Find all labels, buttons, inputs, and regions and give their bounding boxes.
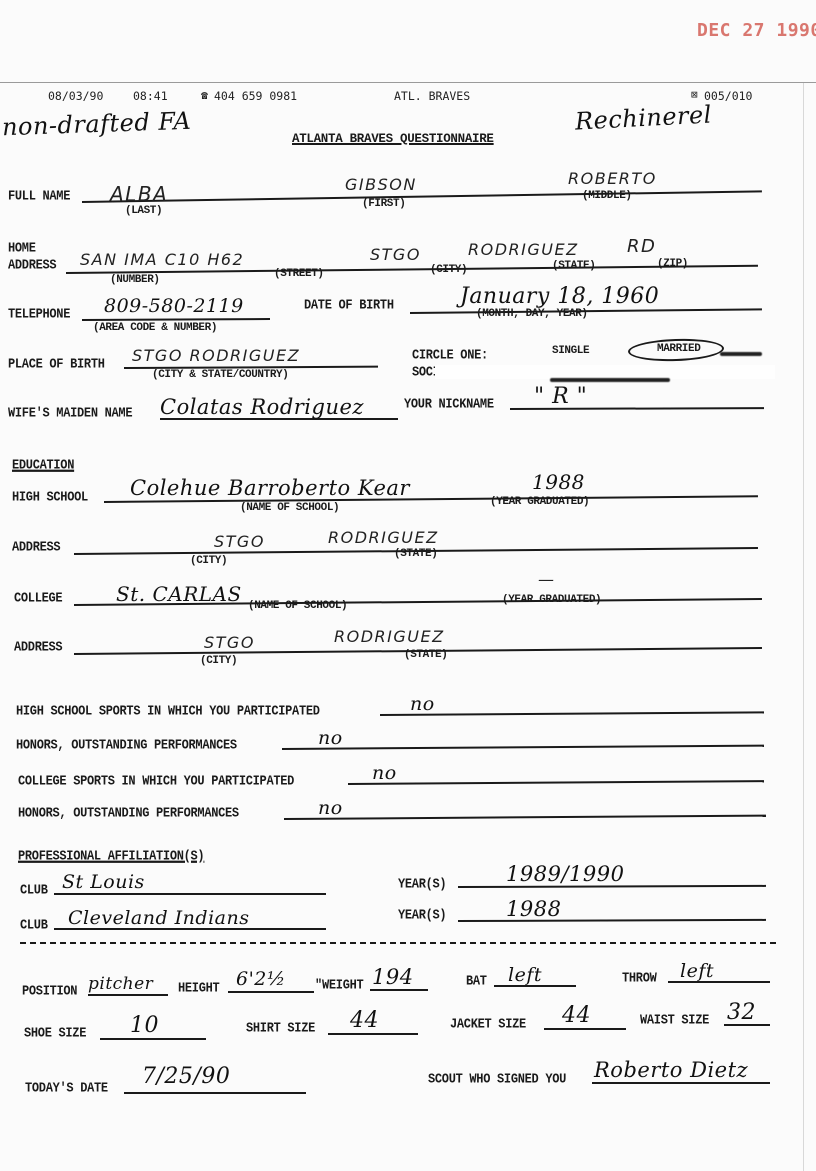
fax-sender: ATL. BRAVES <box>394 89 470 103</box>
ink-smudge <box>720 352 762 356</box>
telephone-icon: ☎ <box>201 88 208 102</box>
years-1-value[interactable]: 1989/1990 <box>506 862 624 886</box>
first-label: (FIRST) <box>362 198 405 210</box>
section-divider <box>20 942 776 944</box>
hs-sports-label: HIGH SCHOOL SPORTS IN WHICH YOU PARTICIP… <box>16 703 320 719</box>
first-name-value[interactable]: GIBSON <box>345 175 417 194</box>
telephone-label: TELEPHONE <box>8 306 70 322</box>
shirt-size-label: SHIRT SIZE <box>246 1020 315 1036</box>
high-school-label: HIGH SCHOOL <box>12 489 88 505</box>
address-number-value[interactable]: SAN IMA C10 H62 <box>80 250 244 269</box>
wife-maiden-name-value[interactable]: Colatas Rodriguez <box>160 395 364 419</box>
weight-line <box>370 989 428 991</box>
throw-label: THROW <box>622 970 657 986</box>
position-label: POSITION <box>22 983 77 999</box>
telephone-value[interactable]: 809-580-2119 <box>104 295 244 317</box>
college-sports-value[interactable]: no <box>372 762 397 784</box>
last-label: (LAST) <box>125 205 162 217</box>
street-label: (STREET) <box>274 268 324 280</box>
dob-label: DATE OF BIRTH <box>304 297 394 313</box>
high-school-name-label: (NAME OF SCHOOL) <box>240 502 339 514</box>
number-label: (NUMBER) <box>110 274 160 286</box>
college-state-label: (STATE) <box>404 649 447 661</box>
scout-signature-value[interactable]: Roberto Dietz <box>594 1058 748 1082</box>
college-year-value[interactable]: — <box>538 570 556 589</box>
club-1-line <box>54 893 326 895</box>
college-honors-value[interactable]: no <box>318 797 343 819</box>
fax-time: 08:41 <box>133 89 168 103</box>
years-2-line <box>458 919 766 922</box>
telephone-line <box>82 318 270 321</box>
height-value[interactable]: 6'2½ <box>236 968 286 990</box>
education-heading: EDUCATION <box>12 457 74 473</box>
position-value[interactable]: pitcher <box>88 974 153 994</box>
height-line <box>228 991 314 993</box>
todays-date-line <box>124 1092 306 1094</box>
club-1-label: CLUB <box>20 882 48 898</box>
college-name-label: (NAME OF SCHOOL) <box>248 600 347 612</box>
scout-line <box>592 1082 770 1084</box>
club-1-value[interactable]: St Louis <box>62 871 145 893</box>
throw-value[interactable]: left <box>680 960 714 982</box>
address-state-value[interactable]: RODRIGUEZ <box>468 240 579 259</box>
hs-honors-label: HONORS, OUTSTANDING PERFORMANCES <box>16 737 237 753</box>
full-name-line <box>82 190 762 203</box>
annotation-draft-status: non-drafted FA <box>2 107 192 142</box>
page-right-edge <box>803 83 804 1171</box>
years-2-label: YEAR(S) <box>398 907 446 923</box>
college-address-label: ADDRESS <box>14 639 62 655</box>
weight-value[interactable]: 194 <box>372 965 414 989</box>
nickname-value[interactable]: " R " <box>534 384 587 409</box>
professional-heading: PROFESSIONAL AFFILIATION(S) <box>18 848 204 864</box>
address-zip-value[interactable]: RD <box>627 236 656 257</box>
high-school-city-label: (CITY) <box>190 555 227 567</box>
college-label: COLLEGE <box>14 590 62 606</box>
shoe-size-line <box>100 1038 206 1040</box>
high-school-name-value[interactable]: Colehue Barroberto Kear <box>130 476 410 500</box>
high-school-year-label: (YEAR GRADUATED) <box>490 496 589 508</box>
bat-value[interactable]: left <box>508 964 542 986</box>
hs-honors-value[interactable]: no <box>318 727 343 749</box>
college-sports-label: COLLEGE SPORTS IN WHICH YOU PARTICIPATED <box>18 773 294 789</box>
shoe-size-value[interactable]: 10 <box>130 1013 159 1038</box>
telephone-sub-label: (AREA CODE & NUMBER) <box>93 322 217 334</box>
college-name-value[interactable]: St. CARLAS <box>116 582 242 606</box>
shoe-size-label: SHOE SIZE <box>24 1025 86 1041</box>
years-1-label: YEAR(S) <box>398 876 446 892</box>
college-sports-line <box>348 780 764 785</box>
waist-size-value[interactable]: 32 <box>727 1000 756 1025</box>
dob-sub-label: (MONTH, DAY, YEAR) <box>476 308 588 320</box>
height-inch-mark: " <box>315 977 322 993</box>
fax-date: 08/03/90 <box>48 89 103 103</box>
fax-page-count: 005/010 <box>704 89 752 103</box>
fax-page-icon: ⊠ <box>691 88 698 101</box>
college-city-label: (CITY) <box>200 655 237 667</box>
city-label: (CITY) <box>430 264 467 276</box>
dob-value[interactable]: January 18, 1960 <box>460 284 659 309</box>
todays-date-value[interactable]: 7/25/90 <box>142 1064 230 1089</box>
jacket-size-value[interactable]: 44 <box>562 1003 591 1028</box>
middle-label: (MIDDLE) <box>582 190 632 202</box>
redaction-edge <box>550 378 670 382</box>
high-school-state-label: (STATE) <box>394 548 437 560</box>
high-school-year-value[interactable]: 1988 <box>532 470 585 494</box>
todays-date-label: TODAY'S DATE <box>25 1080 108 1096</box>
nickname-label: YOUR NICKNAME <box>404 396 494 412</box>
shirt-size-line <box>328 1033 418 1035</box>
college-year-label: (YEAR GRADUATED) <box>502 594 601 606</box>
hs-sports-line <box>380 711 764 716</box>
shirt-size-value[interactable]: 44 <box>350 1008 379 1033</box>
hs-sports-value[interactable]: no <box>410 693 435 715</box>
place-of-birth-label: PLACE OF BIRTH <box>8 356 105 372</box>
annotation-signature: Rechinerel <box>574 100 712 135</box>
college-state-value[interactable]: RODRIGUEZ <box>334 627 445 646</box>
waist-size-label: WAIST SIZE <box>640 1012 709 1028</box>
hs-honors-line <box>282 745 764 750</box>
place-of-birth-value[interactable]: STGO RODRIGUEZ <box>132 346 300 365</box>
weight-label: WEIGHT <box>322 977 363 993</box>
position-line <box>88 994 168 996</box>
page-title: ATLANTA BRAVES QUESTIONNAIRE <box>292 132 494 146</box>
state-label: (STATE) <box>552 260 595 272</box>
redacted-ssn-box <box>435 365 775 379</box>
full-name-label: FULL NAME <box>8 188 70 204</box>
address-city-value[interactable]: STGO <box>370 245 421 264</box>
club-2-value[interactable]: Cleveland Indians <box>68 907 249 929</box>
place-of-birth-sub-label: (CITY & STATE/COUNTRY) <box>152 369 288 381</box>
received-date-stamp: DEC 27 1990 <box>697 20 816 41</box>
jacket-size-line <box>544 1028 626 1030</box>
bat-label: BAT <box>466 973 487 989</box>
height-label: HEIGHT <box>178 980 219 996</box>
wife-maiden-name-label: WIFE'S MAIDEN NAME <box>8 405 132 421</box>
club-2-label: CLUB <box>20 917 48 933</box>
college-city-value[interactable]: STGO <box>204 633 255 652</box>
college-honors-line <box>284 815 766 820</box>
option-single[interactable]: SINGLE <box>552 345 589 357</box>
page-top-edge <box>0 82 816 83</box>
years-2-value[interactable]: 1988 <box>506 897 561 921</box>
zip-label: (ZIP) <box>657 258 688 270</box>
middle-name-value[interactable]: ROBERTO <box>568 169 657 188</box>
jacket-size-label: JACKET SIZE <box>450 1016 526 1032</box>
circle-one-label: CIRCLE ONE: <box>412 347 488 363</box>
high-school-city-value[interactable]: STGO <box>214 532 265 551</box>
fax-phone: 404 659 0981 <box>214 89 297 103</box>
selected-option-circle <box>628 337 725 362</box>
home-label: HOME <box>8 240 36 256</box>
address-label: ADDRESS <box>8 257 56 273</box>
scout-label: SCOUT WHO SIGNED YOU <box>428 1071 566 1087</box>
last-name-value[interactable]: ALBA <box>110 182 168 206</box>
high-school-state-value[interactable]: RODRIGUEZ <box>328 528 439 547</box>
college-honors-label: HONORS, OUTSTANDING PERFORMANCES <box>18 805 239 821</box>
high-school-address-label: ADDRESS <box>12 539 60 555</box>
